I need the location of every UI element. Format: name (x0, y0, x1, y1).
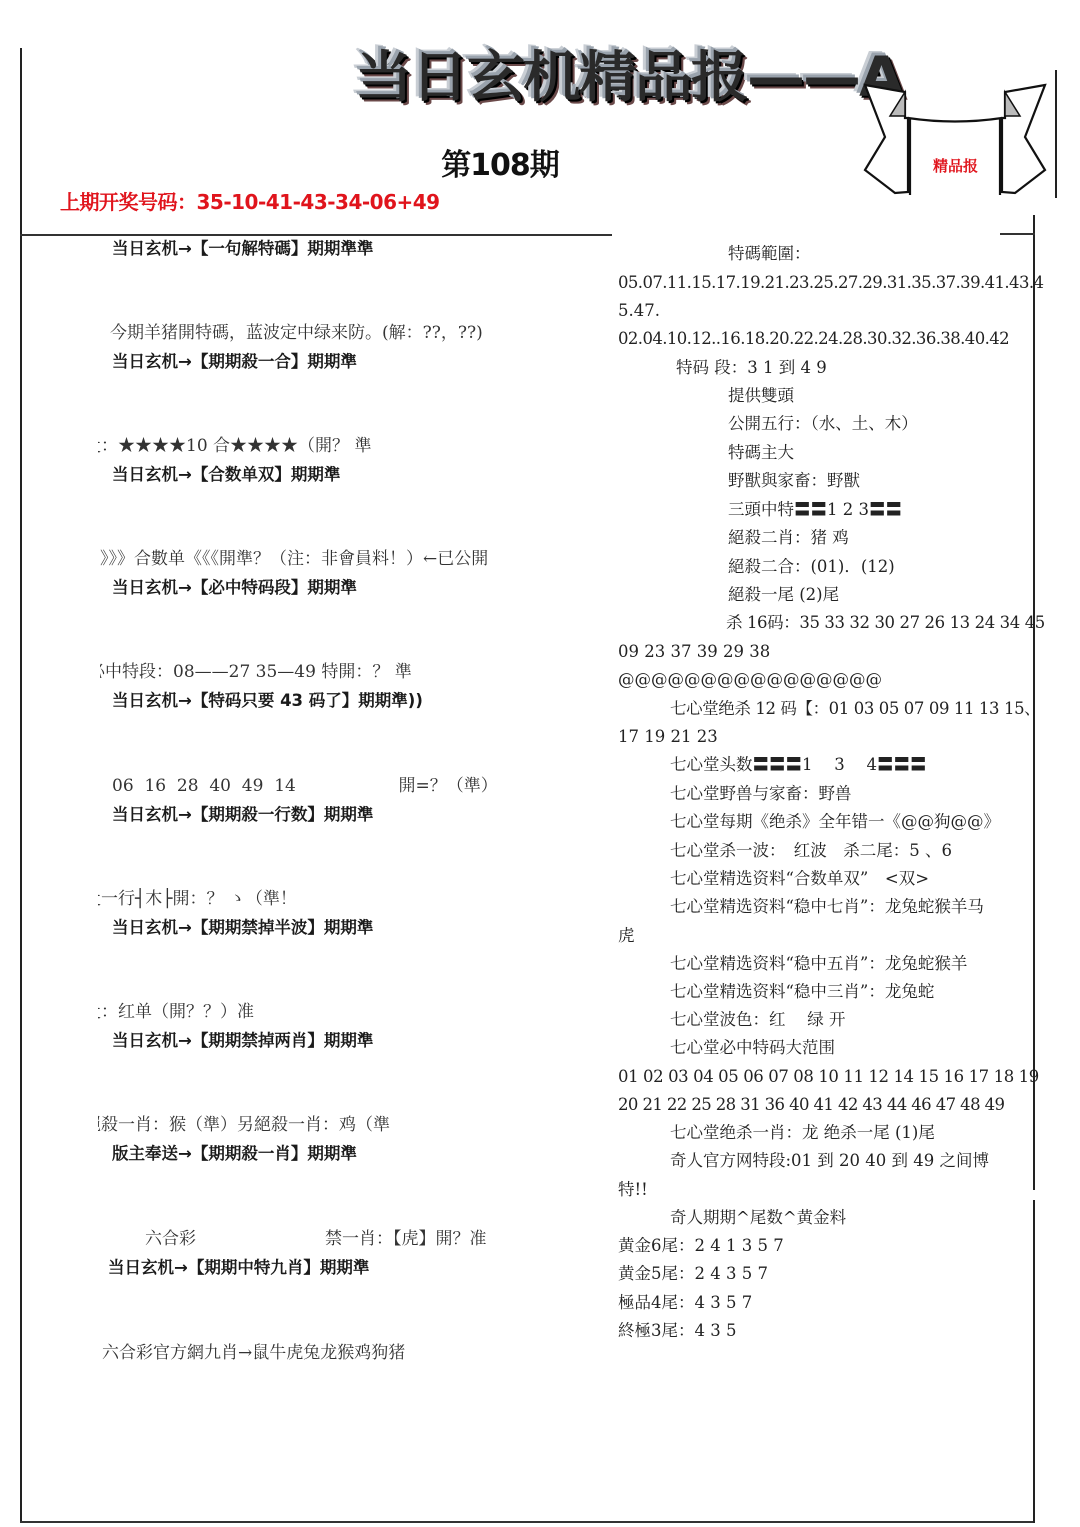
entry-heading: 当日玄机→【期期中特九肖】期期準 (108, 1257, 369, 1279)
right-line: 17 19 21 23 (618, 726, 718, 748)
entry-heading: 当日玄机→【必中特码段】期期準 (112, 577, 357, 599)
right-line: 特碼主大 (728, 442, 794, 464)
entry-heading: 当日玄机→【合数单双】期期準 (112, 464, 340, 486)
right-line: 極品4尾：4 3 5 7 (618, 1292, 752, 1314)
right-line: 虎 (618, 925, 635, 947)
entry-heading: 版主奉送→【期期殺一肖】期期準 (112, 1143, 357, 1165)
right-border-lower (1033, 1200, 1035, 1523)
entry-detail: 殳一行┤木├開：？ ゝ（準！ (84, 888, 297, 910)
right-line: 09 23 37 39 29 38 (618, 641, 770, 663)
right-line: 絕殺二合：(01)．(12) (728, 556, 895, 578)
right-line: 野獸與家畜：野獸 (728, 470, 860, 492)
entry-detail: 06 16 28 40 49 14 開=？（準） (112, 775, 498, 797)
last-draw-label: 上期开奖号码： (60, 190, 197, 214)
right-line: @@@@@@@@@@@@@@@@ (618, 669, 882, 691)
right-line: 七心堂野兽与家畜：野兽 (670, 783, 852, 805)
right-line: 絕殺一尾 (2)尾 (728, 584, 839, 606)
entry-detail: 必中特段：08——27 35—49 特開：？ 準 (88, 661, 412, 683)
right-line: 黄金5尾：2 4 3 5 7 (618, 1263, 768, 1285)
ribbon-badge-icon (860, 80, 1050, 200)
right-line: 七心堂精选资料“稳中三肖”：龙兔蛇 (670, 981, 934, 1003)
right-line: 02.04.10.12..16.18.20.22.24.28.30.32.36.… (618, 328, 1009, 350)
entry-detail: 》》》合數单《《《開準？（注：非會員料！）←已公開 (100, 548, 488, 570)
right-line: 終極3尾：4 3 5 (618, 1320, 736, 1342)
right-line: 七心堂绝杀 12 码【：01 03 05 07 09 11 13 15、 (670, 698, 1040, 720)
entry-detail-left: 六合彩 (145, 1228, 196, 1250)
entry-heading: 当日玄机→【期期禁掉两肖】期期準 (112, 1030, 373, 1052)
entry-detail: 殳：★★★★10 合★★★★（開？ 準 (84, 435, 371, 457)
right-line: 七心堂精选资料“合数单双” <双> (670, 868, 929, 890)
right-line: 七心堂精选资料“稳中七肖”：龙兔蛇猴羊马 (670, 896, 984, 918)
entry-heading: 当日玄机→【期期殺一合】期期準 (112, 351, 357, 373)
right-line: 特码 段：3 1 到 4 9 (676, 357, 827, 379)
last-draw-numbers: 35-10-41-43-34-06+49 (197, 190, 440, 214)
right-line: 特碼範圍： (728, 243, 811, 265)
entry-heading: 当日玄机→【期期殺一行数】期期準 (112, 804, 373, 826)
header-divider-right (1000, 233, 1035, 235)
entry-detail: 今期羊猪開特碼，蓝波定中绿来防。(解：??，??) (110, 322, 483, 344)
last-draw-results: 上期开奖号码：35-10-41-43-34-06+49 (60, 186, 440, 215)
right-line: 奇人期期^尾数^黄金料 (670, 1207, 846, 1229)
right-line: 七心堂头数〓〓〓1 3 4〓〓〓 (670, 754, 926, 776)
right-line: 七心堂每期《绝杀》全年错一《@@狗@@》 (670, 811, 1000, 833)
right-line: 七心堂精选资料“稳中五肖”：龙兔蛇猴羊 (670, 953, 967, 975)
right-line: 七心堂必中特码大范围 (670, 1037, 835, 1059)
entry-detail: 絕殺一肖：猴（準）另絕殺一肖：鸡（準 (84, 1114, 390, 1136)
entry-detail: 禁一肖：【虎】開？准 (325, 1228, 487, 1250)
badge-label: 精品报 (933, 155, 978, 176)
right-line: 黄金6尾：2 4 1 3 5 7 (618, 1235, 784, 1257)
right-line: 七心堂绝杀一肖：龙 绝杀一尾 (1)尾 (670, 1122, 935, 1144)
entry-heading: 当日玄机→【期期禁掉半波】期期準 (112, 917, 373, 939)
entry-heading: 当日玄机→【特码只要 43 码了】期期準)) (112, 690, 423, 712)
issue-number: 第108期 (420, 140, 580, 184)
right-line: 5.47. (618, 300, 660, 322)
left-border (20, 48, 22, 1523)
header-divider-left (20, 234, 612, 236)
right-border-top (1055, 70, 1057, 198)
entry-detail: 殳：红单（開？？）准 (84, 1001, 254, 1023)
right-line: 杀 16码：35 33 32 30 27 26 13 24 34 45 (726, 612, 1045, 634)
right-line: 01 02 03 04 05 06 07 08 10 11 12 14 15 1… (618, 1066, 1039, 1088)
right-line: 公開五行：（水、土、木） (728, 413, 918, 435)
right-line: 提供雙頭 (728, 385, 794, 407)
right-line: 七心堂波色：红 绿 开 (670, 1009, 846, 1031)
page-title: 当日玄机精品报——A (355, 46, 865, 109)
right-line: 特!! (618, 1179, 648, 1201)
right-line: 05.07.11.15.17.19.21.23.25.27.29.31.35.3… (618, 272, 1043, 294)
entry-heading: 当日玄机→【一句解特碼】期期準準 (112, 238, 373, 260)
right-line: 三頭中特〓〓1 2 3〓〓 (728, 499, 902, 521)
right-line: 20 21 22 25 28 31 36 40 41 42 43 44 46 4… (618, 1094, 1004, 1116)
footer-note: 六合彩官方網九肖→鼠牛虎兔龙猴鸡狗猪 (102, 1342, 405, 1364)
bottom-border (20, 1521, 1035, 1523)
right-line: 奇人官方网特段:01 到 20 40 到 49 之间博 (670, 1150, 989, 1172)
right-line: 絕殺二肖：猪 鸡 (728, 527, 849, 549)
right-line: 七心堂杀一波： 红波 杀二尾：5 、6 (670, 840, 952, 862)
